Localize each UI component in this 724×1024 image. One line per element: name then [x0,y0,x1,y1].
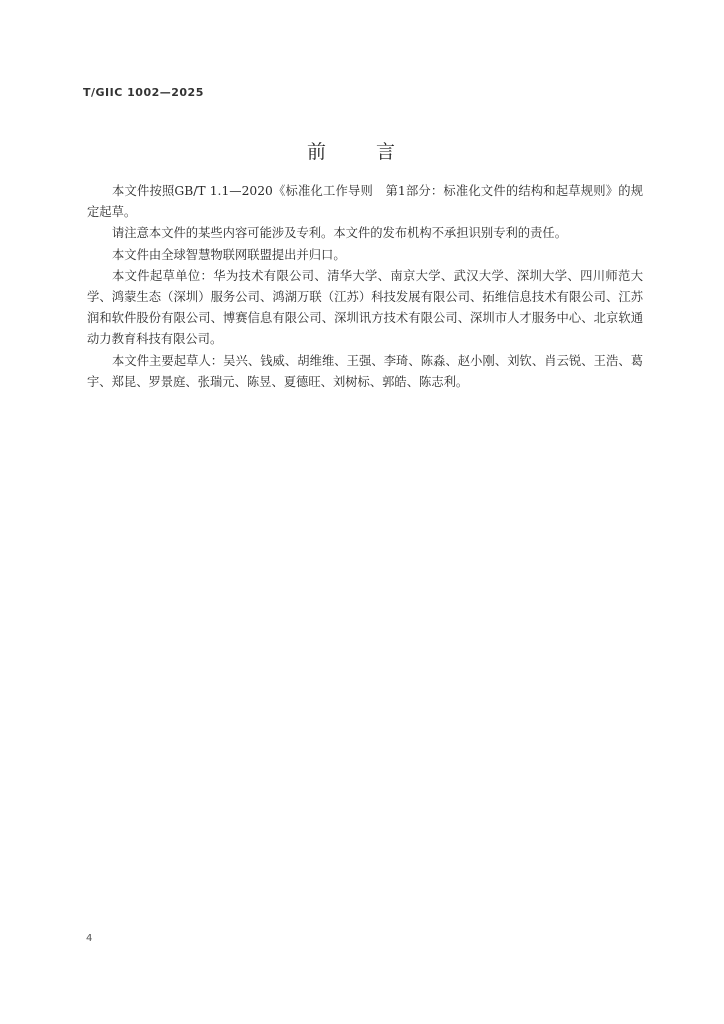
section-title-foreword: 前 言 [0,137,724,164]
paragraph-proposer: 本文件由全球智慧物联网联盟提出并归口。 [87,245,643,266]
page-number: 4 [86,933,92,944]
foreword-body: 本文件按照GB/T 1.1—2020《标准化工作导则 第1部分：标准化文件的结构… [87,181,643,393]
document-id-header: T/GIIC 1002—2025 [83,86,204,99]
paragraph-drafting-rules: 本文件按照GB/T 1.1—2020《标准化工作导则 第1部分：标准化文件的结构… [87,181,643,223]
paragraph-drafting-units: 本文件起草单位：华为技术有限公司、清华大学、南京大学、武汉大学、深圳大学、四川师… [87,266,643,351]
paragraph-drafters: 本文件主要起草人：吴兴、钱威、胡维维、王强、李琦、陈淼、赵小刚、刘钦、肖云锐、王… [87,351,643,393]
paragraph-patent-notice: 请注意本文件的某些内容可能涉及专利。本文件的发布机构不承担识别专利的责任。 [87,223,643,244]
